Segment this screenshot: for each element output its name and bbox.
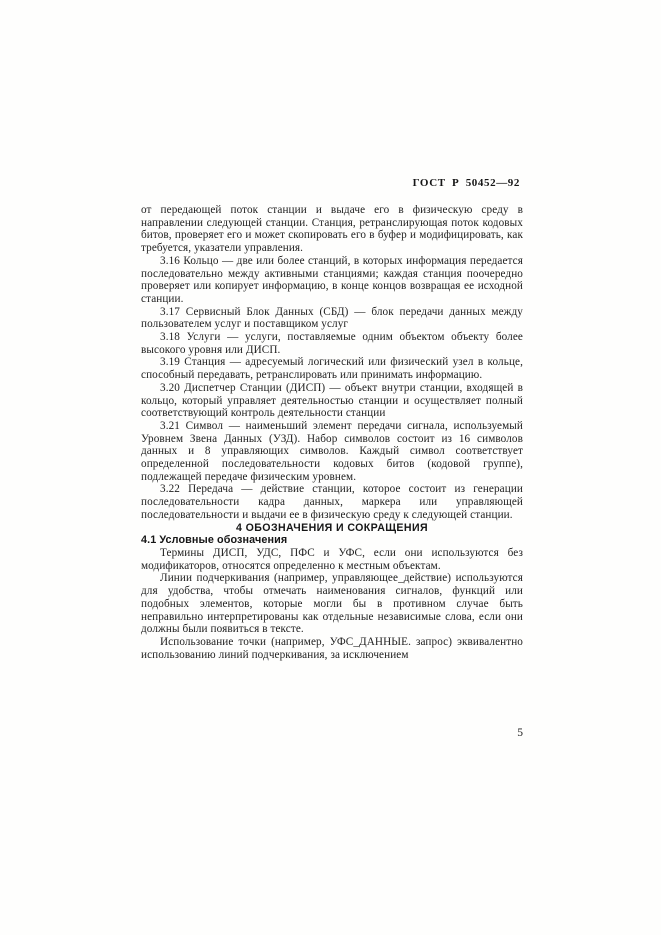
paragraph-underscores: Линии подчеркивания (например, управляющ… [141,572,523,636]
document-page: ГОСТ Р 50452—92 от передающей поток стан… [0,0,661,935]
paragraph-terms-modifiers: Термины ДИСП, УДС, ПФС и УФС, если они и… [141,547,523,572]
definition-3-16: 3.16 Кольцо — две или более станций, в к… [141,255,523,306]
paragraph-dot-usage: Использование точки (например, УФС_ДАННЫ… [141,636,523,661]
subsection-4-1-heading: 4.1 Условные обозначения [141,534,523,547]
page-number: 5 [141,727,523,739]
definition-3-22: 3.22 Передача — действие станции, которо… [141,483,523,521]
section-4-heading: 4 ОБОЗНАЧЕНИЯ И СОКРАЩЕНИЯ [141,522,523,535]
document-body: от передающей поток станции и выдаче его… [141,204,523,661]
definition-3-20: 3.20 Диспетчер Станции (ДИСП) — объект в… [141,382,523,420]
paragraph-continuation: от передающей поток станции и выдаче его… [141,204,523,255]
definition-3-19: 3.19 Станция — адресуемый логический или… [141,356,523,381]
definition-3-18: 3.18 Услуги — услуги, поставляемые одним… [141,331,523,356]
document-code-header: ГОСТ Р 50452—92 [141,177,520,189]
definition-3-17: 3.17 Сервисный Блок Данных (СБД) — блок … [141,306,523,331]
definition-3-21: 3.21 Символ — наименьший элемент передач… [141,420,523,484]
